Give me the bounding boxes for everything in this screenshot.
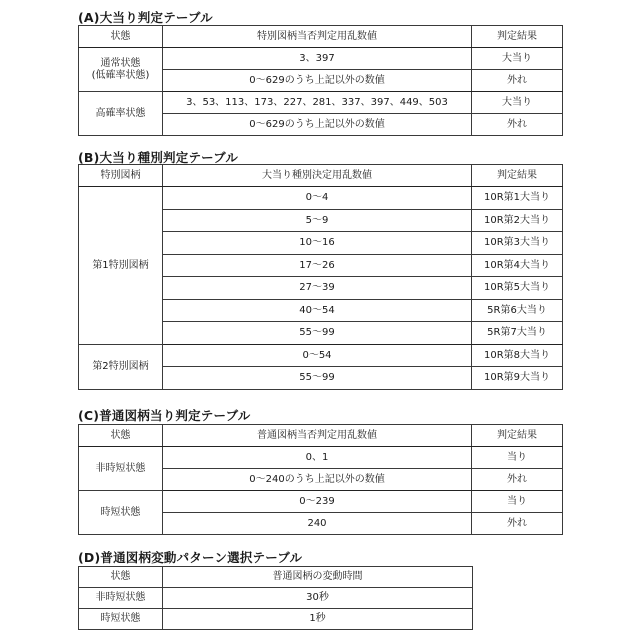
table-c-values-cell: 0～240のうち上記以外の数値 [163,469,472,491]
table-b-values-cell: 55～99 [163,322,472,345]
table-b-result-cell: 10R第4大当り [472,254,563,277]
table-c-state-jitan: 時短状態 [79,491,163,535]
table-a: 状態 特別図柄当否判定用乱数値 判定結果 通常状態 (低確率状態) 3、397 … [78,25,563,136]
table-d-state-cell: 時短状態 [79,609,163,630]
table-c-state-non-jitan: 非時短状態 [79,447,163,491]
table-b: 特別図柄 大当り種別決定用乱数値 判定結果 第1特別図柄 0～4 10R第1大当… [78,164,563,390]
table-b-values-cell: 0～4 [163,187,472,210]
table-b-symbol-2: 第2特別図柄 [79,344,163,389]
table-b-values-cell: 10～16 [163,232,472,255]
table-a-header-result: 判定結果 [472,26,563,48]
table-a-values-cell: 3、53、113、173、227、281、337、397、449、503 [163,92,472,114]
state-sublabel: (低確率状態) [79,70,162,82]
table-d: 状態 普通図柄の変動時間 非時短状態 30秒 時短状態 1秒 [78,566,473,630]
table-c-result-cell: 当り [472,447,563,469]
table-a-title: (A)大当り判定テーブル [78,8,213,26]
table-b-header-result: 判定結果 [472,165,563,187]
table-c-result-cell: 外れ [472,469,563,491]
table-b-result-cell: 5R第7大当り [472,322,563,345]
table-a-header-state: 状態 [79,26,163,48]
table-a-header-values: 特別図柄当否判定用乱数値 [163,26,472,48]
table-a-state-normal: 通常状態 (低確率状態) [79,48,163,92]
table-b-values-cell: 27～39 [163,277,472,300]
table-c-header-result: 判定結果 [472,425,563,447]
table-a-state-high: 高確率状態 [79,92,163,136]
table-c-title: (C)普通図柄当り判定テーブル [78,406,250,424]
table-c: 状態 普通図柄当否判定用乱数値 判定結果 非時短状態 0、1 当り 0～240の… [78,424,563,535]
table-b-result-cell: 10R第2大当り [472,209,563,232]
table-a-values-cell: 0～629のうち上記以外の数値 [163,70,472,92]
table-b-values-cell: 55～99 [163,367,472,390]
table-b-header-symbol: 特別図柄 [79,165,163,187]
table-c-result-cell: 当り [472,491,563,513]
table-d-header-state: 状態 [79,567,163,588]
table-c-header-values: 普通図柄当否判定用乱数値 [163,425,472,447]
table-b-result-cell: 5R第6大当り [472,299,563,322]
table-c-values-cell: 0～239 [163,491,472,513]
table-a-values-cell: 3、397 [163,48,472,70]
table-c-values-cell: 240 [163,513,472,535]
table-b-header-values: 大当り種別決定用乱数値 [163,165,472,187]
table-a-result-cell: 大当り [472,48,563,70]
table-b-result-cell: 10R第8大当り [472,344,563,367]
table-d-title: (D)普通図柄変動パターン選択テーブル [78,548,302,566]
table-b-values-cell: 40～54 [163,299,472,322]
table-a-result-cell: 大当り [472,92,563,114]
table-a-result-cell: 外れ [472,114,563,136]
state-label: 通常状態 [79,58,162,70]
table-b-values-cell: 17～26 [163,254,472,277]
table-c-result-cell: 外れ [472,513,563,535]
table-b-symbol-1: 第1特別図柄 [79,187,163,345]
table-b-values-cell: 5～9 [163,209,472,232]
table-c-header-state: 状態 [79,425,163,447]
table-b-result-cell: 10R第3大当り [472,232,563,255]
table-b-result-cell: 10R第9大当り [472,367,563,390]
table-d-state-cell: 非時短状態 [79,588,163,609]
table-b-result-cell: 10R第1大当り [472,187,563,210]
table-d-time-cell: 30秒 [163,588,473,609]
table-c-values-cell: 0、1 [163,447,472,469]
table-a-result-cell: 外れ [472,70,563,92]
table-d-header-time: 普通図柄の変動時間 [163,567,473,588]
table-d-time-cell: 1秒 [163,609,473,630]
table-b-result-cell: 10R第5大当り [472,277,563,300]
table-a-values-cell: 0～629のうち上記以外の数値 [163,114,472,136]
table-b-values-cell: 0～54 [163,344,472,367]
